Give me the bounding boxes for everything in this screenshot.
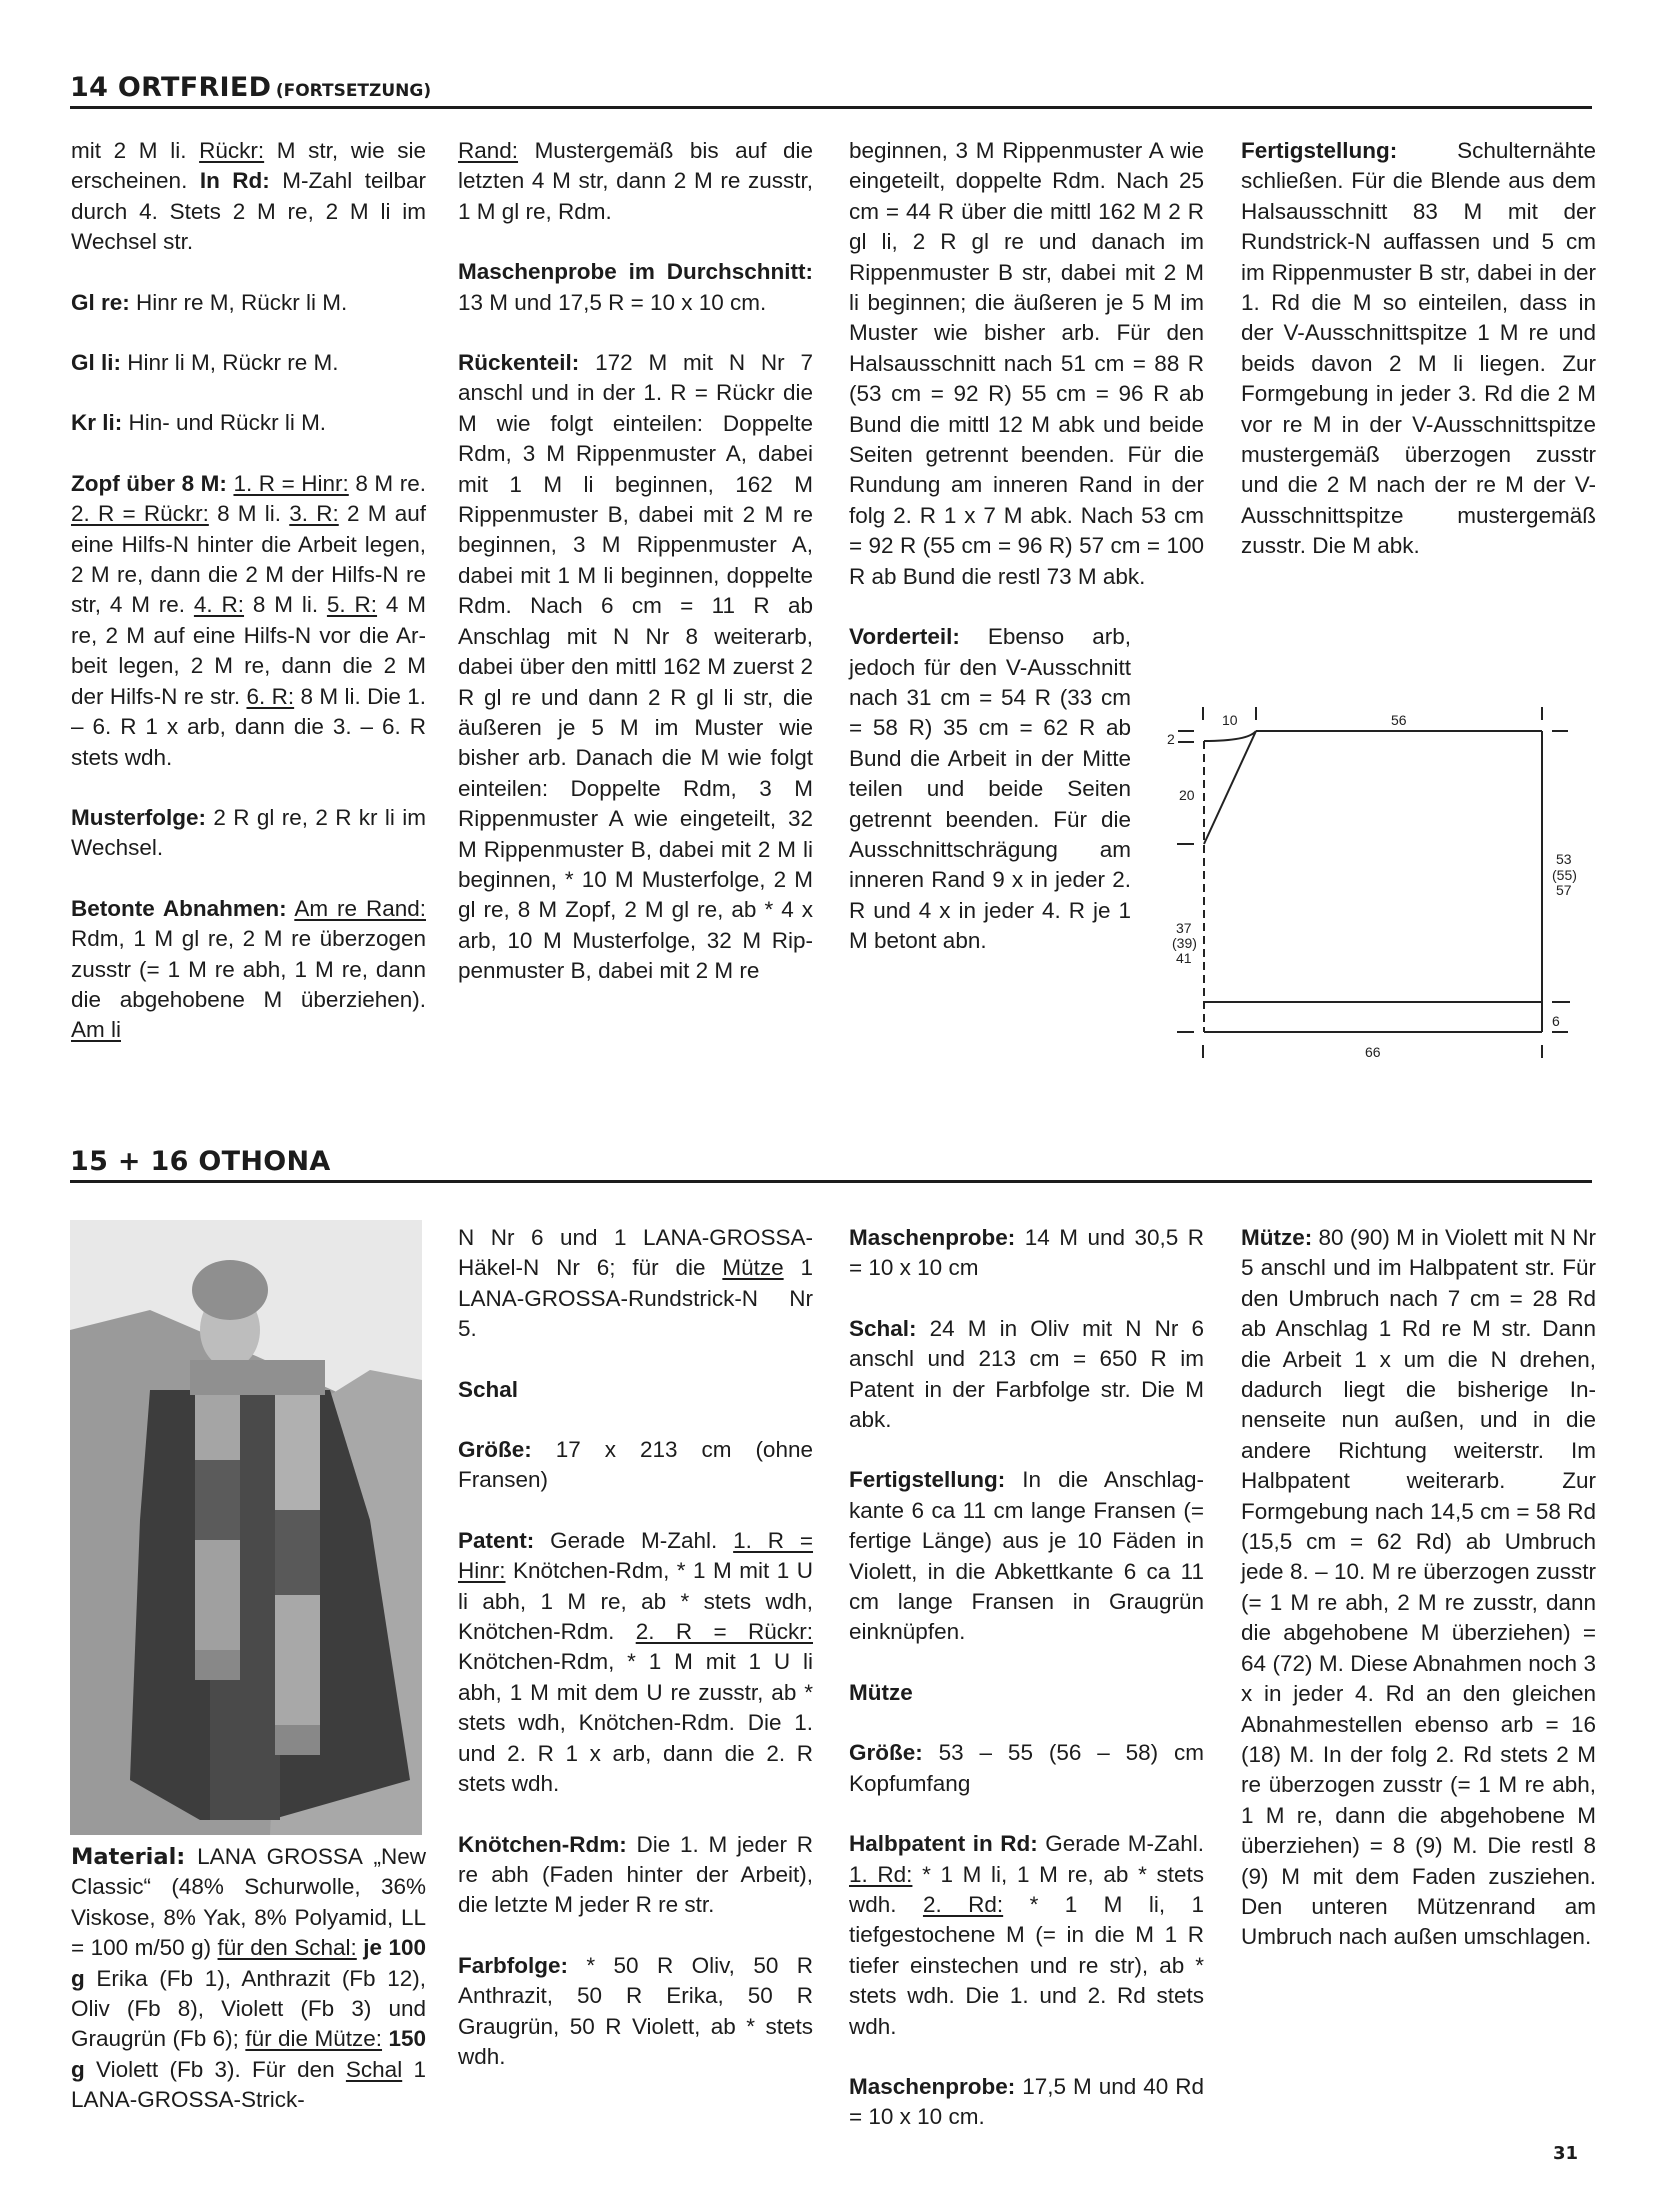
section-15-16-column-2: N Nr 6 und 1 LANA-GROSSA-Häkel-N Nr 6; f… (458, 1223, 813, 2072)
label-53: 53 (1556, 851, 1572, 867)
paragraph-gl-li: Gl li: Hinr li M, Rückr re M. (71, 348, 426, 378)
paragraph-musterfolge: Musterfolge: 2 R gl re, 2 R kr li im Wec… (71, 803, 426, 864)
paragraph-betonte-abnahmen: Betonte Abnahmen: Am re Rand: Rdm, 1 M g… (71, 894, 426, 1046)
section-15-16-column-4: Mütze: 80 (90) M in Violett mit N Nr 5 a… (1241, 1223, 1596, 1953)
paragraph-farbfolge: Farbfolge: * 50 R Oliv, 50 R Anthrazit, … (458, 1951, 813, 2073)
paragraph-maschenprobe: Maschenprobe im Durch­schnitt: 13 M und … (458, 257, 813, 318)
paragraph-fertigstellung-schal: Fertigstellung: In die Anschlag­kante 6 … (849, 1465, 1204, 1647)
paragraph-fertigstellung: Fertigstellung: Schulternähte schließen.… (1241, 136, 1596, 562)
heading-schal: Schal (458, 1375, 813, 1405)
label-2: 2 (1167, 731, 1175, 747)
section-14-column-2: Rand: Mustergemäß bis auf die letzten 4 … (458, 136, 813, 987)
section-15-16-column-3: Maschenprobe: 14 M und 30,5 R = 10 x 10 … (849, 1223, 1204, 2133)
heading-muetze: Mütze (849, 1678, 1204, 1708)
model-photo (70, 1220, 422, 1835)
label-10: 10 (1222, 712, 1238, 728)
paragraph-patent: Patent: Gerade M-Zahl. 1. R = Hinr: Knöt… (458, 1526, 813, 1800)
section-14-column-4: Fertigstellung: Schulternähte schließen.… (1241, 136, 1596, 562)
paragraph-material-cont: N Nr 6 und 1 LANA-GROSSA-Häkel-N Nr 6; f… (458, 1223, 813, 1345)
section-14-subtitle: (FORTSETZUNG) (276, 81, 431, 101)
photo-scarf-hat-model (70, 1220, 422, 1835)
section-15-16-header: 15 + 16 OTHONA (70, 1146, 1592, 1183)
label-56: 56 (1391, 712, 1407, 728)
paragraph-rueckenteil: Rückenteil: 172 M mit N Nr 7 anschl und … (458, 348, 813, 987)
section-14-header: 14 ORTFRIED (FORTSETZUNG) (70, 72, 1592, 109)
sweater-schematic-diagram: 10 56 2 20 37 (39) 41 53 (55) 57 6 66 (1160, 700, 1600, 1090)
paragraph-halbpatent: Halbpatent in Rd: Gerade M-Zahl. 1. Rd: … (849, 1829, 1204, 2042)
label-55: (55) (1552, 867, 1577, 883)
section-14-column-1: mit 2 M li. Rückr: M str, wie sie ersche… (71, 136, 426, 1046)
schematic-drawing: 10 56 2 20 37 (39) 41 53 (55) 57 6 66 (1160, 700, 1600, 1090)
label-6: 6 (1552, 1013, 1560, 1029)
paragraph-rueckenteil-cont: beginnen, 3 M Rippenmuster A wie eingete… (849, 136, 1204, 592)
label-66: 66 (1365, 1044, 1381, 1060)
section-15-16-column-1: Material: LANA GROSSA „New Classic“ (48%… (71, 1842, 426, 2116)
paragraph-maschenprobe-schal: Maschenprobe: 14 M und 30,5 R = 10 x 10 … (849, 1223, 1204, 1284)
paragraph-groesse-schal: Größe: 17 x 213 cm (ohne Fransen) (458, 1435, 813, 1496)
paragraph-material: Material: LANA GROSSA „New Classic“ (48%… (71, 1842, 426, 2116)
label-57: 57 (1556, 882, 1572, 898)
paragraph-groesse-muetze: Größe: 53 – 55 (56 – 58) cm Kopfumfang (849, 1738, 1204, 1799)
paragraph-muetze: Mütze: 80 (90) M in Violett mit N Nr 5 a… (1241, 1223, 1596, 1953)
page-number: 31 (1553, 2143, 1578, 2164)
paragraph-rippenmuster-cont: mit 2 M li. Rückr: M str, wie sie ersche… (71, 136, 426, 258)
paragraph-schal: Schal: 24 M in Oliv mit N Nr 6 anschl un… (849, 1314, 1204, 1436)
paragraph-maschenprobe-muetze: Maschenprobe: 17,5 M und 40 Rd = 10 x 10… (849, 2072, 1204, 2133)
section-14-column-3: beginnen, 3 M Rippenmuster A wie eingete… (849, 136, 1204, 957)
paragraph-vorderteil: Vorderteil: Ebenso arb, jedoch für den V… (849, 622, 1131, 956)
label-20: 20 (1179, 787, 1195, 803)
paragraph-gl-re: Gl re: Hinr re M, Rückr li M. (71, 288, 426, 318)
paragraph-knoetchen-rdm: Knötchen-Rdm: Die 1. M jeder R re abh (F… (458, 1830, 813, 1921)
paragraph-rand-cont: Rand: Mustergemäß bis auf die letzten 4 … (458, 136, 813, 227)
label-41: 41 (1176, 950, 1192, 966)
paragraph-zopf: Zopf über 8 M: 1. R = Hinr: 8 M re. 2. R… (71, 469, 426, 773)
section-14-title: 14 ORTFRIED (70, 72, 271, 103)
section-15-16-title: 15 + 16 OTHONA (70, 1146, 331, 1177)
paragraph-kr-li: Kr li: Hin- und Rückr li M. (71, 408, 426, 438)
label-39: (39) (1172, 935, 1197, 951)
label-37: 37 (1176, 920, 1192, 936)
